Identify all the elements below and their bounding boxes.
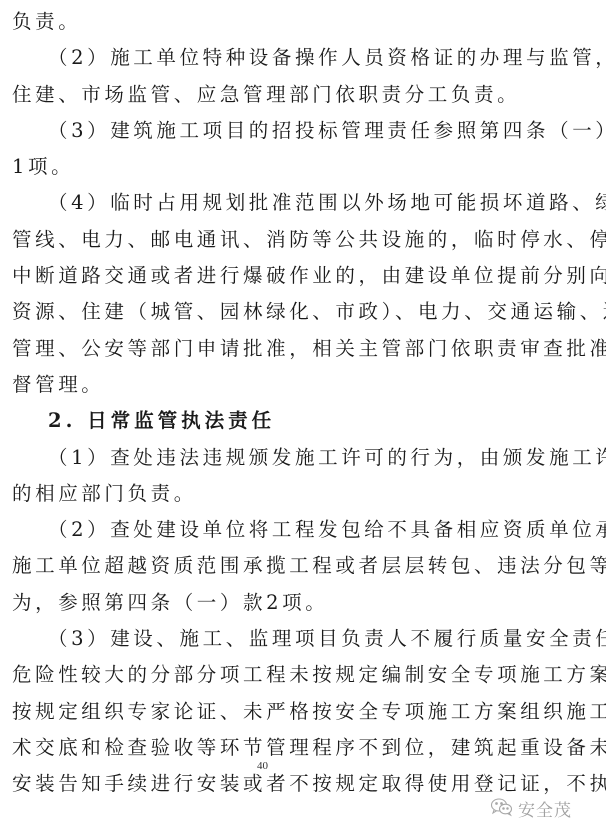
text-line: （2）查处建设单位将工程发包给不具备相应资质单位承建， [12,512,518,548]
text-line: 负责。 [12,4,518,40]
text-line: （3）建设、施工、监理项目负责人不履行质量安全责任， [12,621,518,657]
page-number: 40 [257,760,268,772]
watermark-text: 安全茂 [518,796,572,821]
text-line: （3）建筑施工项目的招投标管理责任参照第四条（一）款 [12,113,518,149]
wechat-icon [490,797,514,821]
text-line: 中断道路交通或者进行爆破作业的，由建设单位提前分别向自然 [12,258,518,294]
text-line: 的相应部门负责。 [12,476,518,512]
text-line: 为，参照第四条（一）款2项。 [12,585,518,621]
text-line: 管理、公安等部门申请批准，相关主管部门依职责审查批准和监 [12,331,518,367]
text-line: 按规定组织专家论证、未严格按安全专项施工方案组织施工，技 [12,694,518,730]
text-line: 督管理。 [12,367,518,403]
text-line: 危险性较大的分部分项工程未按规定编制安全专项施工方案、未 [12,657,518,693]
text-line: （1）查处违法违规颁发施工许可的行为，由颁发施工许可 [12,440,518,476]
text-line: 施工单位超越资质范围承揽工程或者层层转包、违法分包等行 [12,548,518,584]
text-line: 管线、电力、邮电通讯、消防等公共设施的，临时停水、停电、 [12,222,518,258]
document-page: 负责。 （2）施工单位特种设备操作人员资格证的办理与监管，由 住建、市场监管、应… [12,4,518,803]
watermark: 安全茂 [490,796,572,821]
section-heading: 2. 日常监管执法责任 [12,403,518,439]
text-line: 资源、住建（城管、园林绿化、市政）、电力、交通运输、通信 [12,294,518,330]
text-line: （4）临时占用规划批准范围以外场地可能损坏道路、绿化、 [12,185,518,221]
text-line: （2）施工单位特种设备操作人员资格证的办理与监管，由 [12,40,518,76]
text-line: 1项。 [12,149,518,185]
text-line: 住建、市场监管、应急管理部门依职责分工负责。 [12,77,518,113]
